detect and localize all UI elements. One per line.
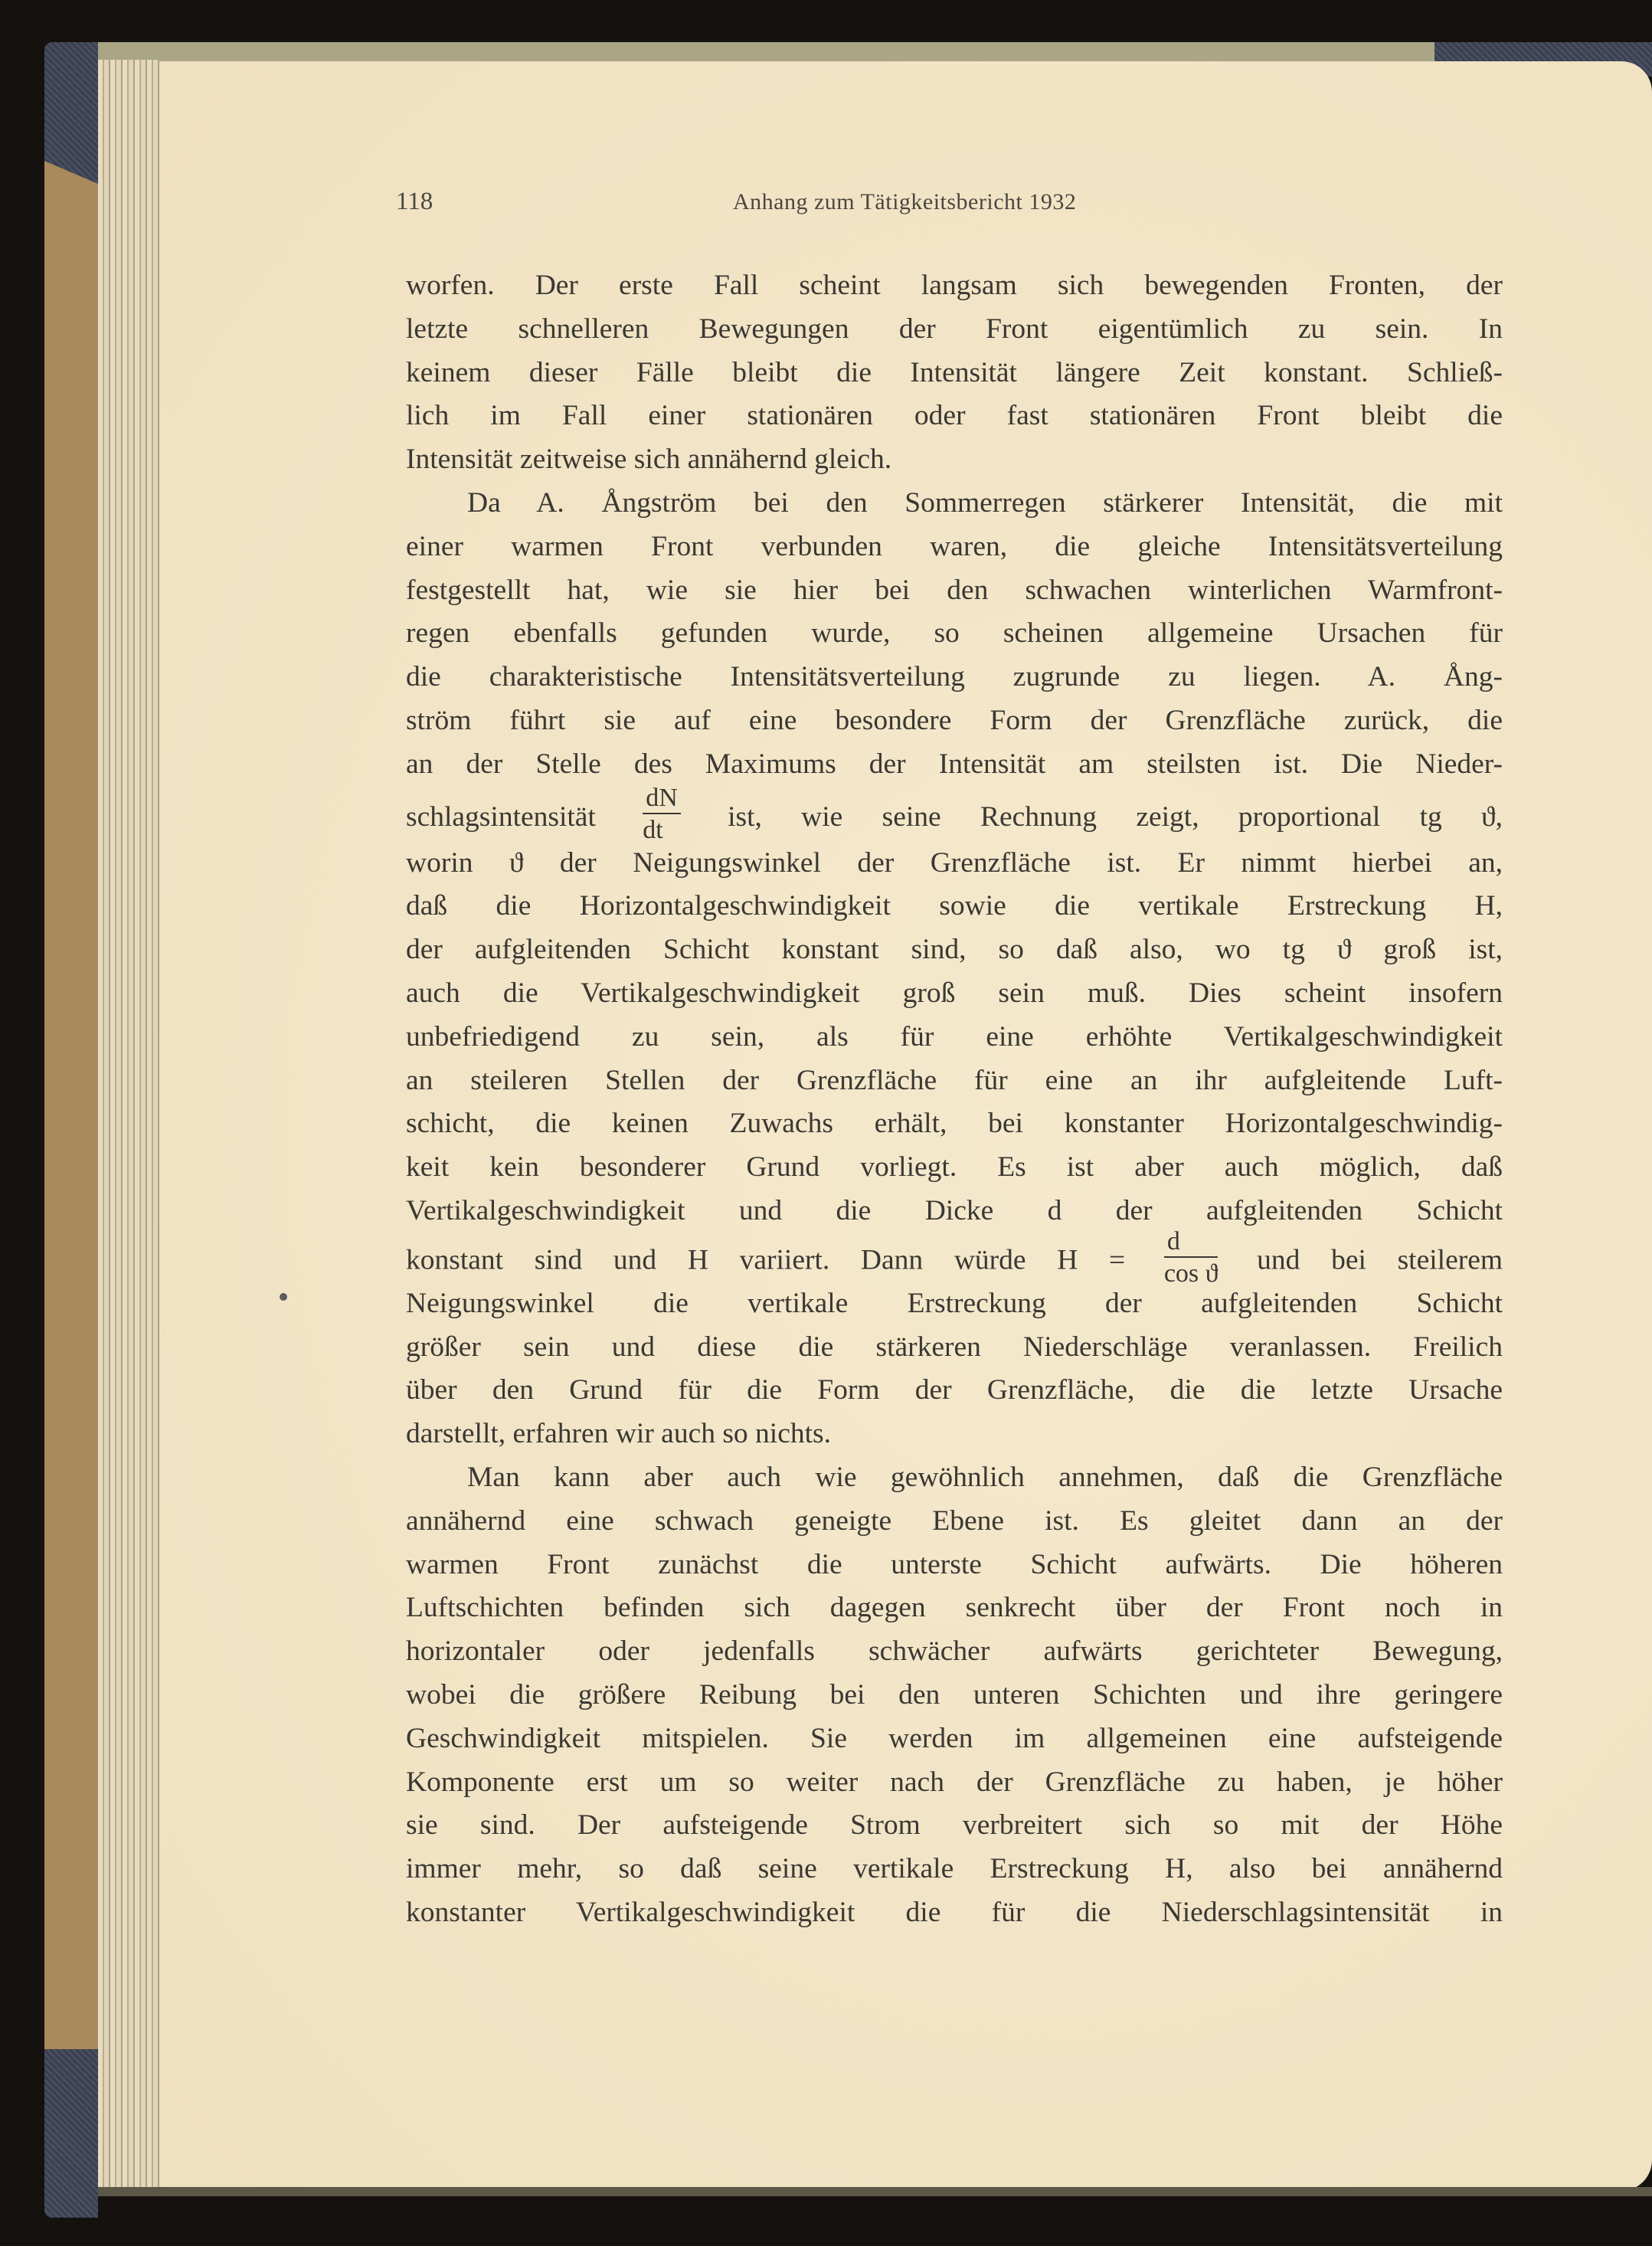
text-line: keit kein besonderer Grund vorliegt. Es … [406, 1146, 1503, 1190]
text-line: Vertikalgeschwindigkeit und die Dicke d … [406, 1190, 1503, 1233]
text-line: sie sind. Der aufsteigende Strom verbrei… [406, 1804, 1503, 1848]
text-line: annähernd eine schwach geneigte Ebene is… [406, 1500, 1503, 1544]
text-line: worin ϑ der Neigungswinkel der Grenzfläc… [406, 842, 1503, 886]
text-line: warmen Front zunächst die unterste Schic… [406, 1544, 1503, 1587]
page-stack-edges [98, 60, 159, 2189]
text-line: Da A. Ångström bei den Sommerregen stärk… [406, 482, 1503, 525]
text-line: an der Stelle des Maximums der Intensitä… [406, 743, 1503, 787]
text-line: auch die Vertikalgeschwindigkeit groß se… [406, 972, 1503, 1016]
running-head: Anhang zum Tätigkeitsbericht 1932 [733, 189, 1076, 215]
text-fragment: und bei steilerem [1257, 1244, 1503, 1275]
text-line: lich im Fall einer stationären oder fast… [406, 395, 1503, 438]
text-line: schicht, die keinen Zuwachs erhält, bei … [406, 1102, 1503, 1146]
text-line: konstanter Vertikalgeschwindigkeit die f… [406, 1891, 1503, 1935]
text-line: der aufgleitenden Schicht konstant sind,… [406, 928, 1503, 972]
text-line: Geschwindigkeit mitspielen. Sie werden i… [406, 1717, 1503, 1761]
text-line: horizontaler oder jedenfalls schwächer a… [406, 1630, 1503, 1674]
text-line: unbefriedigend zu sein, als für eine erh… [406, 1016, 1503, 1059]
margin-spot [280, 1293, 287, 1301]
formula-line: schlagsintensität dN dt ist, wie seine R… [406, 787, 1503, 842]
fraction-denominator: cos ϑ [1164, 1258, 1219, 1287]
text-line: regen ebenfalls gefunden wurde, so schei… [406, 612, 1503, 656]
text-line: Intensität zeitweise sich annähernd glei… [406, 438, 1503, 482]
text-line: an steileren Stellen der Grenzfläche für… [406, 1059, 1503, 1103]
page-header: 118 Anhang zum Tätigkeitsbericht 1932 [396, 188, 1499, 218]
body-text: worfen. Der erste Fall scheint langsam s… [406, 264, 1503, 1935]
text-line: die charakteristische Intensitätsverteil… [406, 656, 1503, 699]
text-line: daß die Horizontalgeschwindigkeit sowie … [406, 885, 1503, 928]
fraction-denominator: dt [643, 814, 681, 843]
text-line: wobei die größere Reibung bei den untere… [406, 1674, 1503, 1717]
text-fragment: konstant sind und H variiert. Dann würde… [406, 1244, 1125, 1275]
fraction-numerator: dN [643, 785, 681, 814]
fraction-dN-dt: dN dt [643, 785, 681, 843]
text-line: darstellt, erfahren wir auch so nichts. [406, 1413, 1503, 1456]
fraction-numerator: d [1164, 1229, 1219, 1258]
text-line: immer mehr, so daß seine vertikale Erstr… [406, 1848, 1503, 1891]
text-line: Neigungswinkel die vertikale Erstreckung… [406, 1282, 1503, 1326]
text-line: über den Grund für die Form der Grenzflä… [406, 1369, 1503, 1413]
text-line: Komponente erst um so weiter nach der Gr… [406, 1761, 1503, 1805]
page-number: 118 [396, 188, 433, 216]
text-fragment: schlagsintensität [406, 801, 596, 833]
text-line: Luftschichten befinden sich dagegen senk… [406, 1586, 1503, 1630]
endpaper [44, 161, 98, 2049]
text-line: festgestellt hat, wie sie hier bei den s… [406, 569, 1503, 613]
text-line: keinem dieser Fälle bleibt die Intensitä… [406, 352, 1503, 395]
text-line: Man kann aber auch wie gewöhnlich annehm… [406, 1456, 1503, 1500]
text-fragment: ist, wie seine Rechnung zeigt, proportio… [728, 801, 1503, 833]
text-line: letzte schnelleren Bewegungen der Front … [406, 308, 1503, 352]
page-bottom-edge [98, 2187, 1652, 2196]
text-line: größer sein und diese die stärkeren Nied… [406, 1326, 1503, 1370]
formula-line: konstant sind und H variiert. Dann würde… [406, 1233, 1503, 1282]
fraction-d-cos-theta: d cos ϑ [1164, 1229, 1219, 1287]
text-line: worfen. Der erste Fall scheint langsam s… [406, 264, 1503, 308]
text-line: ström führt sie auf eine besondere Form … [406, 699, 1503, 743]
text-line: einer warmen Front verbunden waren, die … [406, 525, 1503, 569]
